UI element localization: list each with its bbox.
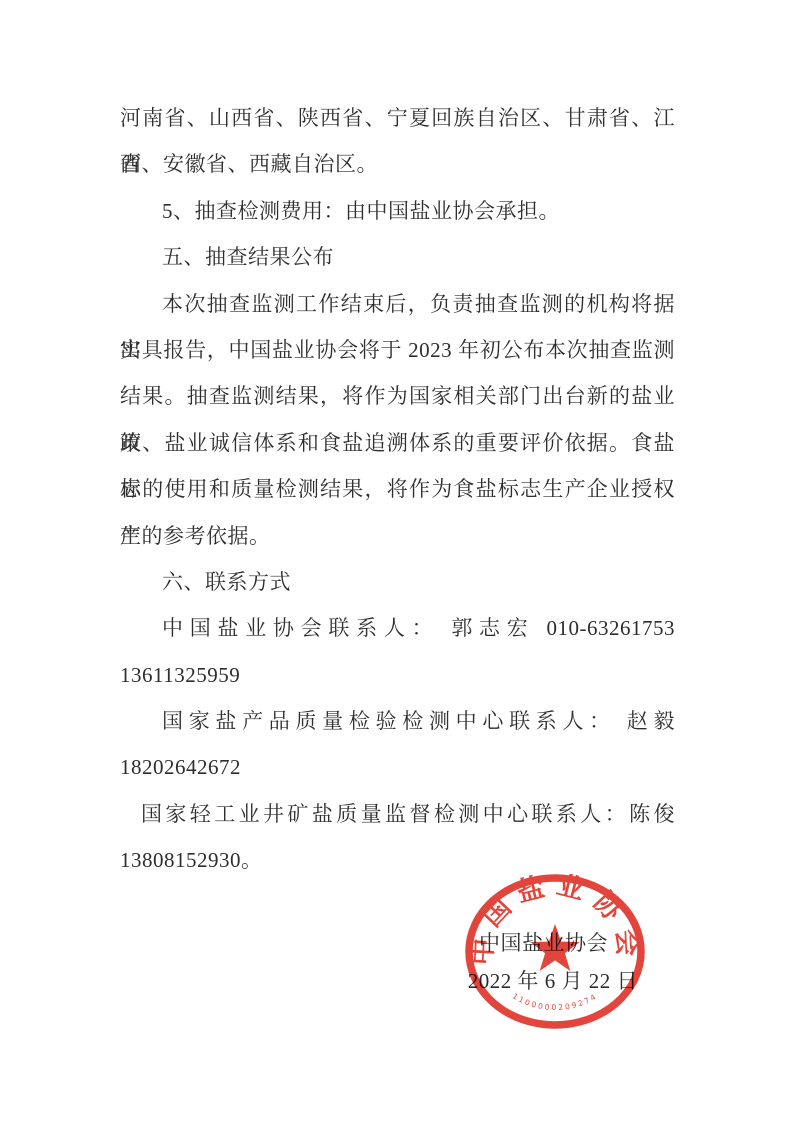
section-heading: 六、联系方式 — [120, 559, 675, 605]
contact-line: 国家轻工业井矿盐质量监督检测中心联系人：陈俊 — [120, 791, 675, 837]
contact-line: 国家盐产品质量检验检测中心联系人： 赵毅 — [120, 698, 675, 744]
contact-line: 中国盐业协会联系人： 郭志宏 010-63261753 — [120, 605, 675, 651]
phone-number: 13808152930。 — [120, 837, 675, 883]
text-line: 结果。抽查监测结果，将作为国家相关部门出台新的盐业政 — [120, 373, 675, 419]
signature-date: 2022 年 6 月 22 日 — [120, 962, 675, 1000]
text-line: 省、安徽省、西藏自治区。 — [120, 141, 675, 187]
phone-number: 13611325959 — [120, 652, 675, 698]
text-line: 策、盐业诚信体系和食盐追溯体系的重要评价依据。食盐标 — [120, 420, 675, 466]
document-page: 河南省、山西省、陕西省、宁夏回族自治区、甘肃省、江西 省、安徽省、西藏自治区。 … — [0, 0, 800, 1131]
signature-org: 中国盐业协会 — [120, 924, 675, 962]
text-line: 志的使用和质量检测结果，将作为食盐标志生产企业授权生 — [120, 466, 675, 512]
text-line: 5、抽查检测费用：由中国盐业协会承担。 — [120, 188, 675, 234]
phone-number: 18202642672 — [120, 744, 675, 790]
signature-block: 中国盐业协会 2022 年 6 月 22 日 — [120, 924, 675, 1000]
section-heading: 五、抽查结果公布 — [120, 234, 675, 280]
text-line: 本次抽查监测工作结束后，负责抽查监测的机构将据实 — [120, 281, 675, 327]
text-line: 产的参考依据。 — [120, 513, 675, 559]
text-line: 出具报告，中国盐业协会将于 2023 年初公布本次抽查监测 — [120, 327, 675, 373]
document-body: 河南省、山西省、陕西省、宁夏回族自治区、甘肃省、江西 省、安徽省、西藏自治区。 … — [120, 95, 675, 884]
text-line: 河南省、山西省、陕西省、宁夏回族自治区、甘肃省、江西 — [120, 95, 675, 141]
